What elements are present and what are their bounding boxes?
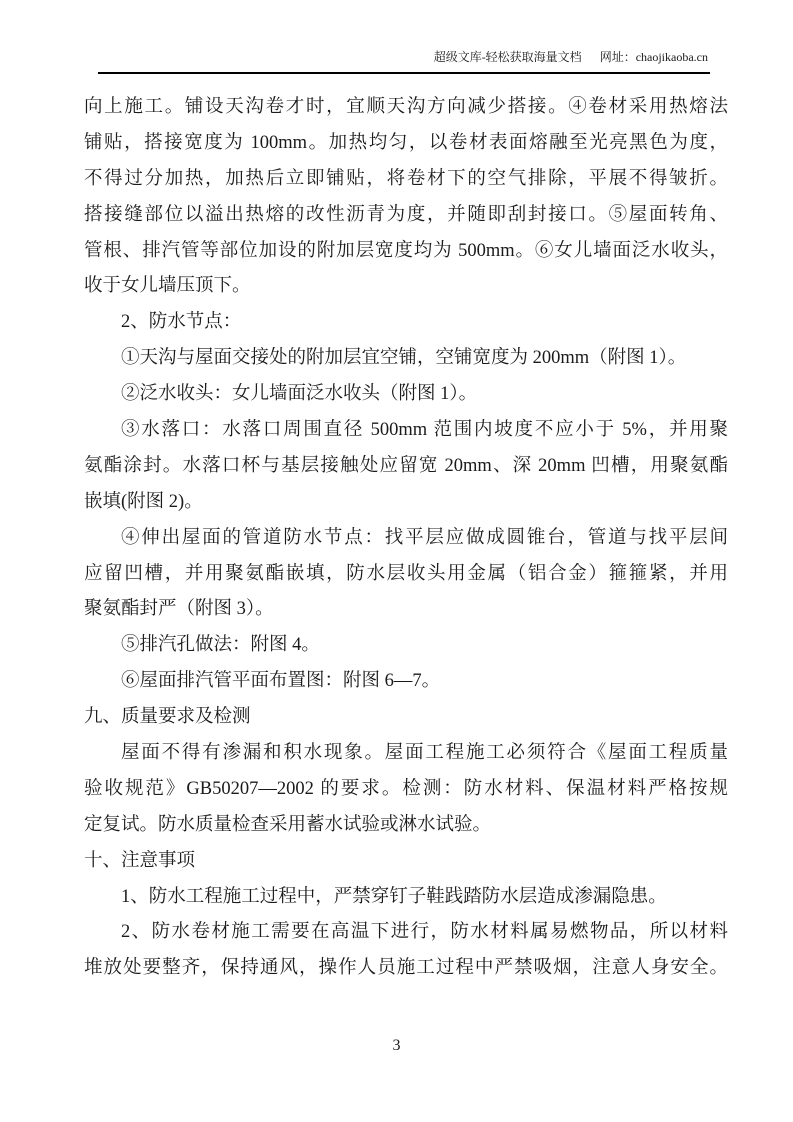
text-line: ②泛水收头：女儿墙面泛水收头（附图 1）。 — [84, 377, 728, 413]
document-body: 向上施工。铺设天沟卷才时，宜顺天沟方向减少搭接。④卷材采用热熔法铺贴，搭接宽度为… — [84, 90, 728, 987]
text-line: ①天沟与屋面交接处的附加层宜空铺，空铺宽度为 200mm（附图 1）。 — [84, 341, 728, 377]
text-line: ④伸出屋面的管道防水节点：找平层应做成圆锥台，管道与找平层间 — [84, 521, 728, 557]
text-line: ⑤排汽孔做法：附图 4。 — [84, 628, 728, 664]
text-line: 2、防水卷材施工需要在高温下进行，防水材料属易燃物品，所以材料 — [84, 915, 728, 951]
text-line: 铺贴，搭接宽度为 100mm。加热均匀，以卷材表面熔融至光亮黑色为度， — [84, 126, 728, 162]
text-line: 堆放处要整齐，保持通风，操作人员施工过程中严禁吸烟，注意人身安全。 — [84, 951, 728, 987]
text-line: 向上施工。铺设天沟卷才时，宜顺天沟方向减少搭接。④卷材采用热熔法 — [84, 90, 728, 126]
text-line: 搭接缝部位以溢出热熔的改性沥青为度，并随即刮封接口。⑤屋面转角、 — [84, 198, 728, 234]
text-line: 收于女儿墙压顶下。 — [84, 269, 728, 305]
header-site-name: 超级文库-轻松获取海量文档 — [434, 50, 582, 64]
text-line: 十、注意事项 — [84, 844, 728, 880]
text-line: 应留凹槽，并用聚氨酯嵌填，防水层收头用金属（铝合金）箍箍紧，并用 — [84, 557, 728, 593]
page-header: 超级文库-轻松获取海量文档网址：chaojikaoba.cn — [434, 50, 708, 65]
header-rule — [98, 72, 710, 74]
text-line: 1、防水工程施工过程中，严禁穿钉子鞋践踏防水层造成渗漏隐患。 — [84, 880, 728, 916]
text-line: 定复试。防水质量检查采用蓄水试验或淋水试验。 — [84, 808, 728, 844]
page-footer: 3 — [0, 1036, 793, 1056]
text-line: 嵌填(附图 2)。 — [84, 485, 728, 521]
text-line: 管根、排汽管等部位加设的附加层宽度均为 500mm。⑥女儿墙面泛水收头， — [84, 234, 728, 270]
text-line: 聚氨酯封严（附图 3）。 — [84, 592, 728, 628]
document-page: 超级文库-轻松获取海量文档网址：chaojikaoba.cn 向上施工。铺设天沟… — [0, 0, 793, 1122]
text-line: 验收规范》GB50207—2002 的要求。检测：防水材料、保温材料严格按规 — [84, 772, 728, 808]
text-line: 九、质量要求及检测 — [84, 700, 728, 736]
text-line: 不得过分加热，加热后立即铺贴，将卷材下的空气排除，平展不得皱折。 — [84, 162, 728, 198]
header-site-url: 网址：chaojikaoba.cn — [600, 50, 708, 64]
text-line: 氨酯涂封。水落口杯与基层接触处应留宽 20mm、深 20mm 凹槽，用聚氨酯 — [84, 449, 728, 485]
text-line: ③水落口：水落口周围直径 500mm 范围内坡度不应小于 5%，并用聚 — [84, 413, 728, 449]
text-line: 屋面不得有渗漏和积水现象。屋面工程施工必须符合《屋面工程质量 — [84, 736, 728, 772]
text-line: ⑥屋面排汽管平面布置图：附图 6—7。 — [84, 664, 728, 700]
text-line: 2、防水节点： — [84, 305, 728, 341]
page-number: 3 — [393, 1037, 401, 1054]
